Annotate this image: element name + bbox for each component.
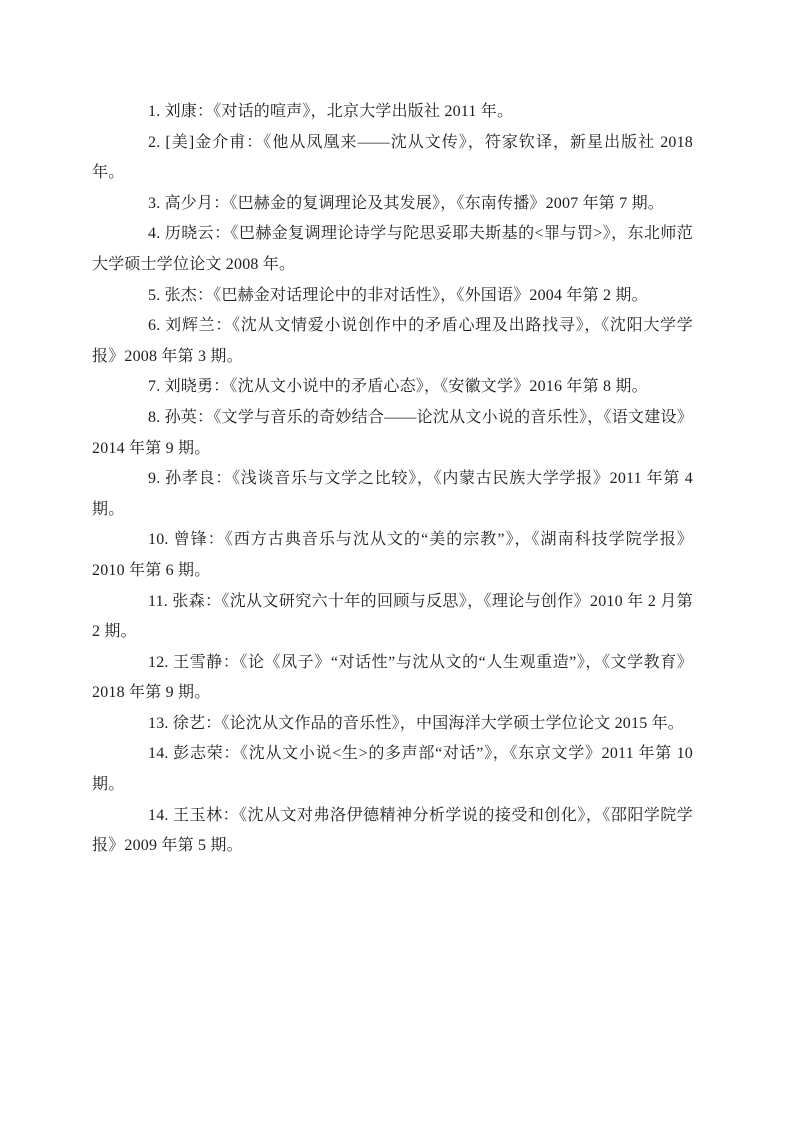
reference-item: 6. 刘辉兰：《沈从文情爱小说创作中的矛盾心理及出路找寻》，《沈阳大学学报》20… (92, 311, 693, 372)
reference-item: 5. 张杰：《巴赫金对话理论中的非对话性》，《外国语》2004 年第 2 期。 (92, 281, 693, 312)
reference-item: 11. 张森：《沈从文研究六十年的回顾与反思》，《理论与创作》2010 年 2 … (92, 587, 693, 648)
reference-item: 13. 徐艺：《论沈从文作品的音乐性》，中国海洋大学硕士学位论文 2015 年。 (92, 709, 693, 740)
reference-list: 1. 刘康：《对话的喧声》，北京大学出版社 2011 年。 2. [美]金介甫：… (92, 97, 693, 862)
reference-item: 2. [美]金介甫：《他从凤凰来——沈从文传》，符家钦译，新星出版社 2018 … (92, 128, 693, 189)
reference-item: 3. 高少月：《巴赫金的复调理论及其发展》，《东南传播》2007 年第 7 期。 (92, 189, 693, 220)
reference-item: 1. 刘康：《对话的喧声》，北京大学出版社 2011 年。 (92, 97, 693, 128)
reference-item: 7. 刘晓勇：《沈从文小说中的矛盾心态》，《安徽文学》2016 年第 8 期。 (92, 372, 693, 403)
reference-item: 9. 孙孝良：《浅谈音乐与文学之比较》，《内蒙古民族大学学报》2011 年第 4… (92, 464, 693, 525)
reference-item: 10. 曾锋：《西方古典音乐与沈从文的“美的宗教”》，《湖南科技学院学报》201… (92, 525, 693, 586)
reference-item: 14. 王玉林：《沈从文对弗洛伊德精神分析学说的接受和创化》，《邵阳学院学报》2… (92, 801, 693, 862)
reference-item: 14. 彭志荣：《沈从文小说<生>的多声部“对话”》，《东京文学》2011 年第… (92, 739, 693, 800)
document-page: 1. 刘康：《对话的喧声》，北京大学出版社 2011 年。 2. [美]金介甫：… (0, 0, 793, 1122)
reference-item: 4. 历晓云：《巴赫金复调理论诗学与陀思妥耶夫斯基的<罪与罚>》，东北师范大学硕… (92, 219, 693, 280)
reference-item: 12. 王雪静：《论《凤子》“对话性”与沈从文的“人生观重造”》，《文学教育》2… (92, 648, 693, 709)
reference-item: 8. 孙英：《文学与音乐的奇妙结合——论沈从文小说的音乐性》，《语文建设》201… (92, 403, 693, 464)
